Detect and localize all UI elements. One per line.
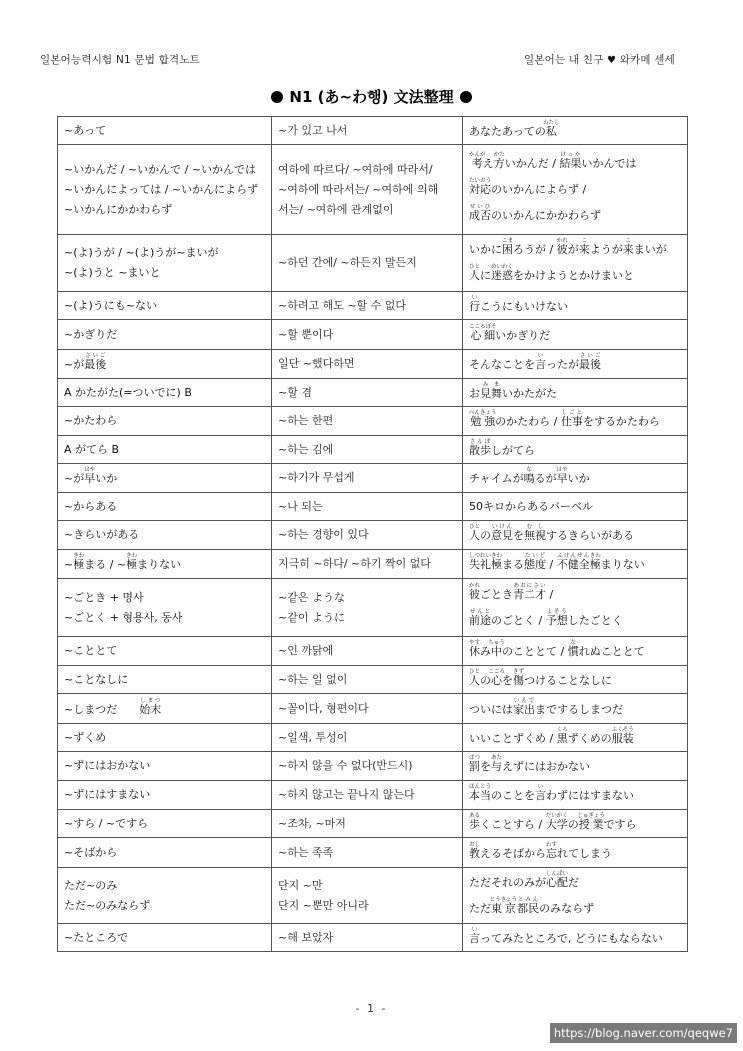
cell-line: 50キロからあるバーベル bbox=[469, 497, 681, 517]
cell-line: 단지 ~만 bbox=[278, 876, 456, 896]
korean-meaning-cell: ~하던 간에/ ~하든지 말든지 bbox=[272, 235, 463, 292]
grammar-pattern-cell: ~あって bbox=[58, 117, 272, 145]
cell-line: そんなことを言いったが最後さいご bbox=[469, 353, 681, 375]
grammar-pattern-cell: ~たところで bbox=[58, 924, 272, 952]
example-sentence-cell: 休やすみ中ちゅうのこととて / 慣なれぬこととて bbox=[463, 637, 688, 666]
cell-line: 休やすみ中ちゅうのこととて / 慣なれぬこととて bbox=[469, 640, 681, 662]
cell-line: ~꼴이다, 형편이다 bbox=[278, 699, 456, 719]
grammar-pattern-cell: ~かたわら bbox=[58, 407, 272, 436]
grammar-pattern-cell: ~ずにはおかない bbox=[58, 752, 272, 781]
korean-meaning-cell: ~일색, 투성이 bbox=[272, 724, 463, 752]
cell-line: ~할 겸 bbox=[278, 383, 456, 403]
example-sentence-cell: ただそれのみが心配しんぱいだただ東京とうきょう都民とみんのみならず bbox=[463, 868, 688, 924]
grammar-pattern-cell: A かたがた(=ついでに) B bbox=[58, 379, 272, 407]
cell-line: ~여하에 따라서는/ ~여하에 의해 bbox=[278, 180, 456, 200]
cell-line: ~하던 간에/ ~하든지 말든지 bbox=[278, 253, 456, 273]
grammar-pattern-cell: ~(よ)うが / ~(よ)うが~まいが~(よ)うと ~まいと bbox=[58, 235, 272, 292]
cell-line: 일단 ~했다하면 bbox=[278, 354, 456, 374]
grammar-pattern-cell: ~そばから bbox=[58, 838, 272, 868]
korean-meaning-cell: 여하에 따르다/ ~여하에 따라서/~여하에 따라서는/ ~여하에 의해서는/ … bbox=[272, 145, 463, 235]
cell-line: ~하는 경향이 있다 bbox=[278, 525, 456, 545]
cell-line: 教おしえるそばから忘わすれてしまう bbox=[469, 842, 681, 864]
grammar-pattern-cell: ~極きわまる / ~極きわまりない bbox=[58, 550, 272, 579]
cell-line: 前途ぜんとのごとく / 予想よそうしたごとく bbox=[469, 608, 681, 634]
cell-line: ~すら / ~ですら bbox=[64, 814, 265, 834]
cell-line: ~하려고 해도 ~할 수 없다 bbox=[278, 296, 456, 316]
table-row: ~しまつだ 始末しまつ~꼴이다, 형편이다ついには家出いえでまでするしまつだ bbox=[58, 694, 688, 724]
cell-line: 本当ほんとうのことを言いわずにはすまない bbox=[469, 784, 681, 806]
cell-line: ~こととて bbox=[64, 641, 265, 661]
cell-line: ~ことなしに bbox=[64, 670, 265, 690]
cell-line: ~같은 ような bbox=[278, 588, 456, 608]
cell-line: ついには家出いえでまでするしまつだ bbox=[469, 698, 681, 720]
example-sentence-cell: 50キロからあるバーベル bbox=[463, 493, 688, 521]
grammar-pattern-cell: ~こととて bbox=[58, 637, 272, 666]
table-row: ~ずにはすまない~하지 않고는 끝나지 않는다本当ほんとうのことを言いわずにはす… bbox=[58, 781, 688, 810]
header-author-name: 와카메 센세 bbox=[620, 54, 675, 66]
cell-line: いいことずくめ / 黒くろずくめの服装ふくそう bbox=[469, 727, 681, 749]
grammar-table-body: ~あって~가 있고 나서あなたあっての私わたし~いかんだ / ~いかんで / ~… bbox=[58, 117, 688, 952]
table-row: ~が最後さいご일단 ~했다하면そんなことを言いったが最後さいご bbox=[58, 350, 688, 379]
example-sentence-cell: いいことずくめ / 黒くろずくめの服装ふくそう bbox=[463, 724, 688, 752]
cell-line: ただ東京とうきょう都民とみんのみならず bbox=[469, 896, 681, 922]
table-row: ~かぎりだ~할 뿐이다心細こころぼそいかぎりだ bbox=[58, 320, 688, 350]
cell-line: A がてら B bbox=[64, 440, 265, 460]
grammar-pattern-cell: ~ごとき + 명사~ごとく + 형용사, 동사 bbox=[58, 579, 272, 637]
example-sentence-cell: 言いってみたところで, どうにもならない bbox=[463, 924, 688, 952]
table-row: ~(よ)うが / ~(よ)うが~まいが~(よ)うと ~まいと~하던 간에/ ~하… bbox=[58, 235, 688, 292]
cell-line: 여하에 따르다/ ~여하에 따라서/ bbox=[278, 160, 456, 180]
table-row: ~きらいがある~하는 경향이 있다人ひとの意見いけんを無視むしするきらいがある bbox=[58, 521, 688, 550]
cell-line: ~ずくめ bbox=[64, 728, 265, 748]
cell-line: ~かぎりだ bbox=[64, 325, 265, 345]
header-author-prefix: 일본어는 내 친구 bbox=[524, 54, 603, 66]
cell-line: 心細こころぼそいかぎりだ bbox=[469, 324, 681, 346]
table-row: ~たところで~해 보았자言いってみたところで, どうにもならない bbox=[58, 924, 688, 952]
korean-meaning-cell: ~하는 경향이 있다 bbox=[272, 521, 463, 550]
example-sentence-cell: いかに困こまろうが / 彼かれが来こようが来こまいが人ひとに迷惑めいわくをかけよ… bbox=[463, 235, 688, 292]
grammar-pattern-cell: ただ~のみただ~のみならず bbox=[58, 868, 272, 924]
cell-line: A かたがた(=ついでに) B bbox=[64, 383, 265, 403]
example-sentence-cell: お見舞みまいかたがた bbox=[463, 379, 688, 407]
korean-meaning-cell: 지극히 ~하다/ ~하기 짝이 없다 bbox=[272, 550, 463, 579]
korean-meaning-cell: ~하지 않고는 끝나지 않는다 bbox=[272, 781, 463, 810]
cell-line: 行いこうにもいけない bbox=[469, 295, 681, 317]
korean-meaning-cell: ~할 겸 bbox=[272, 379, 463, 407]
grammar-pattern-cell: ~ずくめ bbox=[58, 724, 272, 752]
cell-line: チャイムが鳴なるが早はやいか bbox=[469, 467, 681, 489]
grammar-pattern-cell: ~ことなしに bbox=[58, 666, 272, 694]
example-sentence-cell: 歩あるくことすら / 大学だいがくの授業じゅぎょうですら bbox=[463, 810, 688, 838]
grammar-pattern-cell: ~ずにはすまない bbox=[58, 781, 272, 810]
korean-meaning-cell: ~하지 않을 수 없다(반드시) bbox=[272, 752, 463, 781]
table-row: ~(よ)うにも~ない~하려고 해도 ~할 수 없다行いこうにもいけない bbox=[58, 292, 688, 320]
cell-line: 成否せいひのいかんにかかわらず bbox=[469, 203, 681, 229]
cell-line: ~하는 일 없이 bbox=[278, 670, 456, 690]
cell-line: 彼かれごとき青二才あおにさい / bbox=[469, 582, 681, 608]
table-row: ~ずにはおかない~하지 않을 수 없다(반드시)罰ばつを与あたえずにはおかない bbox=[58, 752, 688, 781]
cell-line: ~해 보았자 bbox=[278, 928, 456, 948]
bullet-dot-icon bbox=[271, 91, 283, 103]
cell-line: ~하는 김에 bbox=[278, 440, 456, 460]
table-row: ~こととて~인 까닭에休やすみ中ちゅうのこととて / 慣なれぬこととて bbox=[58, 637, 688, 666]
table-row: ~いかんだ / ~いかんで / ~いかんでは~いかんによっては / ~いかんによ… bbox=[58, 145, 688, 235]
korean-meaning-cell: 일단 ~했다하면 bbox=[272, 350, 463, 379]
example-sentence-cell: 散歩さんぽしがてら bbox=[463, 436, 688, 464]
korean-meaning-cell: ~인 까닭에 bbox=[272, 637, 463, 666]
cell-line: ~나 되는 bbox=[278, 497, 456, 517]
cell-line: 言いってみたところで, どうにもならない bbox=[469, 927, 681, 949]
cell-line: ~하기가 무섭게 bbox=[278, 468, 456, 488]
page-number: - 1 - bbox=[0, 1002, 743, 1015]
cell-line: ~極きわまる / ~極きわまりない bbox=[64, 553, 265, 575]
example-sentence-cell: チャイムが鳴なるが早はやいか bbox=[463, 464, 688, 493]
cell-line: 지극히 ~하다/ ~하기 짝이 없다 bbox=[278, 554, 456, 574]
page-title: N1 (あ~わ행) 文法整理 bbox=[0, 86, 743, 107]
cell-line: ~しまつだ 始末しまつ bbox=[64, 698, 265, 720]
cell-line: ~いかんによっては / ~いかんによらず bbox=[64, 180, 265, 200]
cell-line: ~たところで bbox=[64, 928, 265, 948]
cell-line: ~(よ)うが / ~(よ)うが~まいが bbox=[64, 243, 265, 263]
korean-meaning-cell: ~같은 ような~같이 ように bbox=[272, 579, 463, 637]
cell-line: ~きらいがある bbox=[64, 525, 265, 545]
korean-meaning-cell: ~꼴이다, 형편이다 bbox=[272, 694, 463, 724]
grammar-table: ~あって~가 있고 나서あなたあっての私わたし~いかんだ / ~いかんで / ~… bbox=[57, 116, 688, 952]
cell-line: ~ずにはすまない bbox=[64, 785, 265, 805]
korean-meaning-cell: ~하는 김에 bbox=[272, 436, 463, 464]
example-sentence-cell: 彼かれごとき青二才あおにさい /前途ぜんとのごとく / 予想よそうしたごとく bbox=[463, 579, 688, 637]
heart-icon: ♥ bbox=[607, 55, 616, 66]
korean-meaning-cell: ~가 있고 나서 bbox=[272, 117, 463, 145]
cell-line: ~하는 한편 bbox=[278, 411, 456, 431]
korean-meaning-cell: ~하는 일 없이 bbox=[272, 666, 463, 694]
cell-line: ~가 있고 나서 bbox=[278, 121, 456, 141]
example-sentence-cell: 人ひとの意見いけんを無視むしするきらいがある bbox=[463, 521, 688, 550]
grammar-pattern-cell: ~いかんだ / ~いかんで / ~いかんでは~いかんによっては / ~いかんによ… bbox=[58, 145, 272, 235]
korean-meaning-cell: ~해 보았자 bbox=[272, 924, 463, 952]
example-sentence-cell: そんなことを言いったが最後さいご bbox=[463, 350, 688, 379]
cell-line: ~からある bbox=[64, 497, 265, 517]
grammar-pattern-cell: ~しまつだ 始末しまつ bbox=[58, 694, 272, 724]
cell-line: いかに困こまろうが / 彼かれが来こようが来こまいが bbox=[469, 237, 681, 263]
cell-line: ~ごとく + 형용사, 동사 bbox=[64, 608, 265, 628]
grammar-pattern-cell: ~かぎりだ bbox=[58, 320, 272, 350]
table-row: A がてら B~하는 김에散歩さんぽしがてら bbox=[58, 436, 688, 464]
page-title-text: N1 (あ~わ행) 文法整理 bbox=[289, 88, 453, 106]
example-sentence-cell: 人ひとの心こころを傷きずつけることなしに bbox=[463, 666, 688, 694]
cell-line: ~いかんだ / ~いかんで / ~いかんでは bbox=[64, 160, 265, 180]
cell-line: ~(よ)うと ~まいと bbox=[64, 263, 265, 283]
table-row: ただ~のみただ~のみならず단지 ~만단지 ~뿐만 아니라ただそれのみが心配しんぱ… bbox=[58, 868, 688, 924]
table-row: A かたがた(=ついでに) B~할 겸お見舞みまいかたがた bbox=[58, 379, 688, 407]
example-sentence-cell: 勉強べんきょうのかたわら / 仕事しごとをするかたわら bbox=[463, 407, 688, 436]
table-row: ~かたわら~하는 한편勉強べんきょうのかたわら / 仕事しごとをするかたわら bbox=[58, 407, 688, 436]
cell-line: ~そばから bbox=[64, 843, 265, 863]
grammar-pattern-cell: ~きらいがある bbox=[58, 521, 272, 550]
cell-line: 人ひとに迷惑めいわくをかけようとかけまいと bbox=[469, 263, 681, 289]
korean-meaning-cell: 단지 ~만단지 ~뿐만 아니라 bbox=[272, 868, 463, 924]
cell-line: 散歩さんぽしがてら bbox=[469, 439, 681, 461]
example-sentence-cell: 行いこうにもいけない bbox=[463, 292, 688, 320]
cell-line: ~ずにはおかない bbox=[64, 756, 265, 776]
table-row: ~ごとき + 명사~ごとく + 형용사, 동사~같은 ような~같이 ように彼かれ… bbox=[58, 579, 688, 637]
cell-line: あなたあっての私わたし bbox=[469, 120, 681, 142]
cell-line: ~조차, ~마저 bbox=[278, 814, 456, 834]
cell-line: ~같이 ように bbox=[278, 608, 456, 628]
cell-line: ~あって bbox=[64, 121, 265, 141]
cell-line: ~が最後さいご bbox=[64, 353, 265, 375]
table-row: ~すら / ~ですら~조차, ~마저歩あるくことすら / 大学だいがくの授業じゅ… bbox=[58, 810, 688, 838]
header-author: 일본어는 내 친구 ♥ 와카메 센세 bbox=[524, 52, 675, 67]
grammar-pattern-cell: ~すら / ~ですら bbox=[58, 810, 272, 838]
example-sentence-cell: 失礼しつれい極きわまる態度たいど / 不健全ふけんぜん極きわまりない bbox=[463, 550, 688, 579]
cell-line: 罰ばつを与あたえずにはおかない bbox=[469, 755, 681, 777]
grammar-pattern-cell: ~(よ)うにも~ない bbox=[58, 292, 272, 320]
cell-line: ~ごとき + 명사 bbox=[64, 588, 265, 608]
example-sentence-cell: 考かんがえ方かたいかんだ / 結果けっかいかんでは対応たいおうのいかんによらず … bbox=[463, 145, 688, 235]
cell-line: 서는/ ~여하에 관계없이 bbox=[278, 200, 456, 220]
blog-url-watermark: https://blog.naver.com/qeqwe7 bbox=[550, 1023, 737, 1043]
grammar-pattern-cell: A がてら B bbox=[58, 436, 272, 464]
cell-line: ~(よ)うにも~ない bbox=[64, 296, 265, 316]
bullet-dot-icon bbox=[460, 91, 472, 103]
grammar-pattern-cell: ~が最後さいご bbox=[58, 350, 272, 379]
cell-line: ただ~のみならず bbox=[64, 896, 265, 916]
korean-meaning-cell: ~조차, ~마저 bbox=[272, 810, 463, 838]
cell-line: ~하지 않을 수 없다(반드시) bbox=[278, 756, 456, 776]
cell-line: 対応たいおうのいかんによらず / bbox=[469, 177, 681, 203]
cell-line: ~할 뿐이다 bbox=[278, 325, 456, 345]
header-book-title: 일본어능력시험 N1 문법 합격노트 bbox=[40, 52, 200, 67]
table-row: ~極きわまる / ~極きわまりない지극히 ~하다/ ~하기 짝이 없다失礼しつれ… bbox=[58, 550, 688, 579]
korean-meaning-cell: ~하려고 해도 ~할 수 없다 bbox=[272, 292, 463, 320]
example-sentence-cell: あなたあっての私わたし bbox=[463, 117, 688, 145]
cell-line: ~하지 않고는 끝나지 않는다 bbox=[278, 785, 456, 805]
korean-meaning-cell: ~하는 한편 bbox=[272, 407, 463, 436]
cell-line: 失礼しつれい極きわまる態度たいど / 不健全ふけんぜん極きわまりない bbox=[469, 553, 681, 575]
cell-line: 歩あるくことすら / 大学だいがくの授業じゅぎょうですら bbox=[469, 813, 681, 835]
example-sentence-cell: 教おしえるそばから忘わすれてしまう bbox=[463, 838, 688, 868]
grammar-pattern-cell: ~からある bbox=[58, 493, 272, 521]
table-row: ~あって~가 있고 나서あなたあっての私わたし bbox=[58, 117, 688, 145]
cell-line: ~일색, 투성이 bbox=[278, 728, 456, 748]
korean-meaning-cell: ~하기가 무섭게 bbox=[272, 464, 463, 493]
cell-line: 考かんがえ方かたいかんだ / 結果けっかいかんでは bbox=[469, 151, 681, 177]
cell-line: 人ひとの意見いけんを無視むしするきらいがある bbox=[469, 524, 681, 546]
cell-line: ただそれのみが心配しんぱいだ bbox=[469, 870, 681, 896]
cell-line: 勉強べんきょうのかたわら / 仕事しごとをするかたわら bbox=[469, 410, 681, 432]
cell-line: ただ~のみ bbox=[64, 876, 265, 896]
korean-meaning-cell: ~나 되는 bbox=[272, 493, 463, 521]
table-row: ~そばから~하는 족족教おしえるそばから忘わすれてしまう bbox=[58, 838, 688, 868]
grammar-pattern-cell: ~が早はやいか bbox=[58, 464, 272, 493]
cell-line: ~が早はやいか bbox=[64, 467, 265, 489]
example-sentence-cell: 本当ほんとうのことを言いわずにはすまない bbox=[463, 781, 688, 810]
korean-meaning-cell: ~하는 족족 bbox=[272, 838, 463, 868]
table-row: ~ずくめ~일색, 투성이いいことずくめ / 黒くろずくめの服装ふくそう bbox=[58, 724, 688, 752]
cell-line: ~かたわら bbox=[64, 411, 265, 431]
cell-line: お見舞みまいかたがた bbox=[469, 382, 681, 404]
cell-line: ~いかんにかかわらず bbox=[64, 200, 265, 220]
table-row: ~が早はやいか~하기가 무섭게チャイムが鳴なるが早はやいか bbox=[58, 464, 688, 493]
example-sentence-cell: ついには家出いえでまでするしまつだ bbox=[463, 694, 688, 724]
cell-line: 단지 ~뿐만 아니라 bbox=[278, 896, 456, 916]
table-row: ~ことなしに~하는 일 없이人ひとの心こころを傷きずつけることなしに bbox=[58, 666, 688, 694]
cell-line: ~하는 족족 bbox=[278, 843, 456, 863]
korean-meaning-cell: ~할 뿐이다 bbox=[272, 320, 463, 350]
cell-line: ~인 까닭에 bbox=[278, 641, 456, 661]
example-sentence-cell: 罰ばつを与あたえずにはおかない bbox=[463, 752, 688, 781]
table-row: ~からある~나 되는50キロからあるバーベル bbox=[58, 493, 688, 521]
example-sentence-cell: 心細こころぼそいかぎりだ bbox=[463, 320, 688, 350]
cell-line: 人ひとの心こころを傷きずつけることなしに bbox=[469, 669, 681, 691]
